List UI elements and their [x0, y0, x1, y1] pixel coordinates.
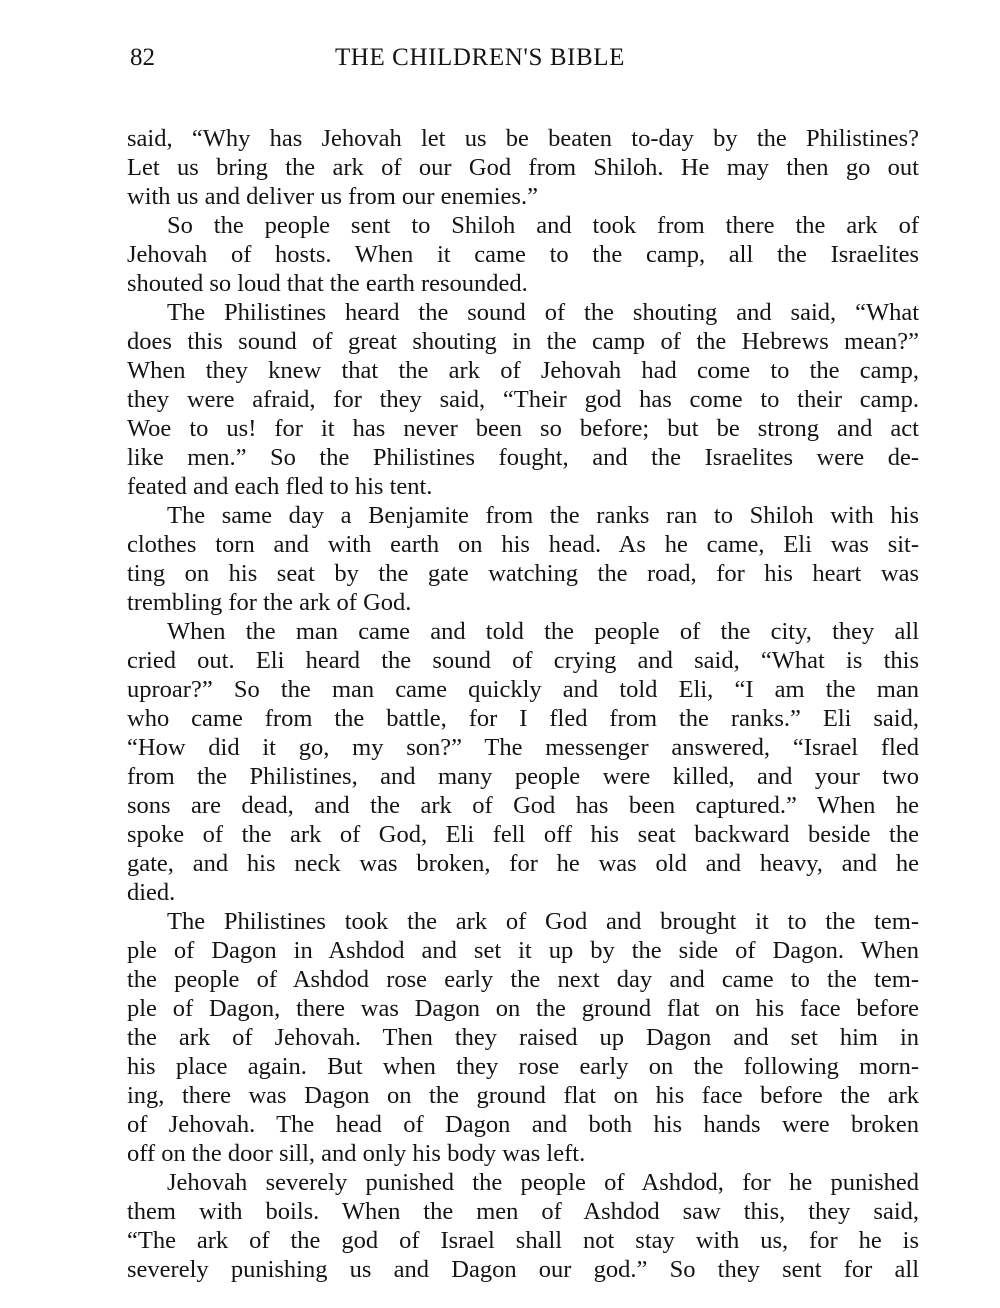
text-line: the people of Ashdod rose early the next…	[127, 965, 919, 994]
text-line: ing, there was Dagon on the ground flat …	[127, 1081, 919, 1110]
paragraph-first-line: The same day a Benjamite from the ranks …	[127, 501, 919, 530]
text-line: shouted so loud that the earth resounded…	[127, 269, 919, 298]
paragraph-first-line: Jehovah severely punished the people of …	[127, 1168, 919, 1197]
text-line: them with boils. When the men of Ashdod …	[127, 1197, 919, 1226]
text-line: cried out. Eli heard the sound of crying…	[127, 646, 919, 675]
text-line: clothes torn and with earth on his head.…	[127, 530, 919, 559]
body-text: said, “Why has Jehovah let us be beaten …	[127, 124, 919, 1284]
text-line: ple of Dagon in Ashdod and set it up by …	[127, 936, 919, 965]
paragraph-first-line: The Philistines took the ark of God and …	[127, 907, 919, 936]
text-line: Let us bring the ark of our God from Shi…	[127, 153, 919, 182]
text-line: said, “Why has Jehovah let us be beaten …	[127, 124, 919, 153]
text-line: died.	[127, 878, 919, 907]
text-line: spoke of the ark of God, Eli fell off hi…	[127, 820, 919, 849]
text-line: “How did it go, my son?” The messenger a…	[127, 733, 919, 762]
text-line: like men.” So the Philistines fought, an…	[127, 443, 919, 472]
running-title: THE CHILDREN'S BIBLE	[130, 42, 830, 74]
text-line: Woe to us! for it has never been so befo…	[127, 414, 919, 443]
text-line: severely punishing us and Dagon our god.…	[127, 1255, 919, 1284]
text-line: “The ark of the god of Israel shall not …	[127, 1226, 919, 1255]
text-line: When they knew that the ark of Jehovah h…	[127, 356, 919, 385]
text-line: ting on his seat by the gate watching th…	[127, 559, 919, 588]
running-head: 82 THE CHILDREN'S BIBLE	[130, 42, 920, 74]
book-page: 82 THE CHILDREN'S BIBLE said, “Why has J…	[0, 0, 1000, 1308]
text-line: feated and each fled to his tent.	[127, 472, 919, 501]
text-line: gate, and his neck was broken, for he wa…	[127, 849, 919, 878]
paragraph-first-line: The Philistines heard the sound of the s…	[127, 298, 919, 327]
text-line: who came from the battle, for I fled fro…	[127, 704, 919, 733]
text-line: ple of Dagon, there was Dagon on the gro…	[127, 994, 919, 1023]
text-line: with us and deliver us from our enemies.…	[127, 182, 919, 211]
text-line: his place again. But when they rose earl…	[127, 1052, 919, 1081]
text-line: they were afraid, for they said, “Their …	[127, 385, 919, 414]
text-line: trembling for the ark of God.	[127, 588, 919, 617]
text-line: from the Philistines, and many people we…	[127, 762, 919, 791]
paragraph-first-line: When the man came and told the people of…	[127, 617, 919, 646]
text-line: the ark of Jehovah. Then they raised up …	[127, 1023, 919, 1052]
paragraph-first-line: So the people sent to Shiloh and took fr…	[127, 211, 919, 240]
text-line: sons are dead, and the ark of God has be…	[127, 791, 919, 820]
text-line: Jehovah of hosts. When it came to the ca…	[127, 240, 919, 269]
text-line: does this sound of great shouting in the…	[127, 327, 919, 356]
text-line: uproar?” So the man came quickly and tol…	[127, 675, 919, 704]
text-line: off on the door sill, and only his body …	[127, 1139, 919, 1168]
text-line: of Jehovah. The head of Dagon and both h…	[127, 1110, 919, 1139]
